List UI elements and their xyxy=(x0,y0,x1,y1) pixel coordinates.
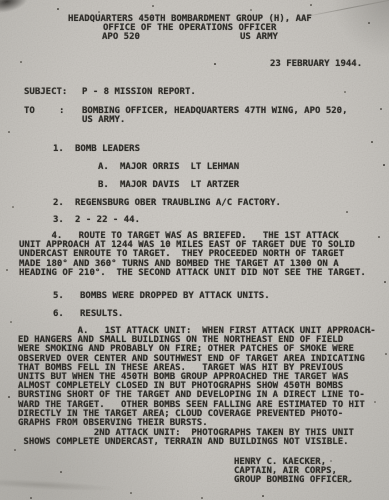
item-3-number: 3. xyxy=(53,215,64,225)
leader-b-number: B. xyxy=(98,180,109,190)
item-2-text: REGENSBURG OBER TRAUBLING A/C FACTORY. xyxy=(75,198,281,208)
army-label: US ARMY xyxy=(240,32,278,42)
noise-specks xyxy=(0,0,2,2)
item-1-number: 1. xyxy=(53,144,64,154)
subject-label: SUBJECT: xyxy=(24,87,67,97)
leader-b-text: MAJOR DAVIS LT ARTZER xyxy=(120,180,239,190)
paragraph-6-text: RESULTS. xyxy=(80,309,123,319)
to-colon: : xyxy=(59,106,64,116)
signature-title: GROUP BOMBING OFFICER. xyxy=(234,475,353,485)
item-1-text: BOMB LEADERS xyxy=(75,144,140,154)
apo-number: APO 520 xyxy=(102,32,140,42)
corner-smudge xyxy=(0,0,30,14)
results-2nd-attack-paragraph: 2ND ATTACK UNIT: PHOTOGRAPHS TAKEN BY TH… xyxy=(18,429,354,447)
paragraph-5-text: BOMBS WERE DROPPED BY ATTACK UNITS. xyxy=(80,291,270,301)
paragraph-4: 4. ROUTE TO TARGET WAS AS BRIEFED. THE 1… xyxy=(19,232,366,278)
document-date: 23 FEBRUARY 1944. xyxy=(270,59,362,69)
subject-value: P - 8 MISSION REPORT. xyxy=(82,87,196,97)
leader-a-number: A. xyxy=(98,162,109,172)
scan-streak xyxy=(0,478,118,494)
leader-a-text: MAJOR ORRIS LT LEHMAN xyxy=(120,162,239,172)
item-2-number: 2. xyxy=(53,198,64,208)
paragraph-5-number: 5. xyxy=(53,291,64,301)
to-label: TO xyxy=(24,106,35,116)
results-1st-attack-paragraph: A. 1ST ATTACK UNIT: WHEN FIRST ATTACK UN… xyxy=(18,327,376,428)
paragraph-6-number: 6. xyxy=(53,309,64,319)
to-address-line2: US ARMY. xyxy=(82,115,125,125)
mission-report-document: HEADQUARTERS 450TH BOMBARDMENT GROUP (H)… xyxy=(0,0,389,500)
item-3-text: 2 - 22 - 44. xyxy=(75,215,140,225)
